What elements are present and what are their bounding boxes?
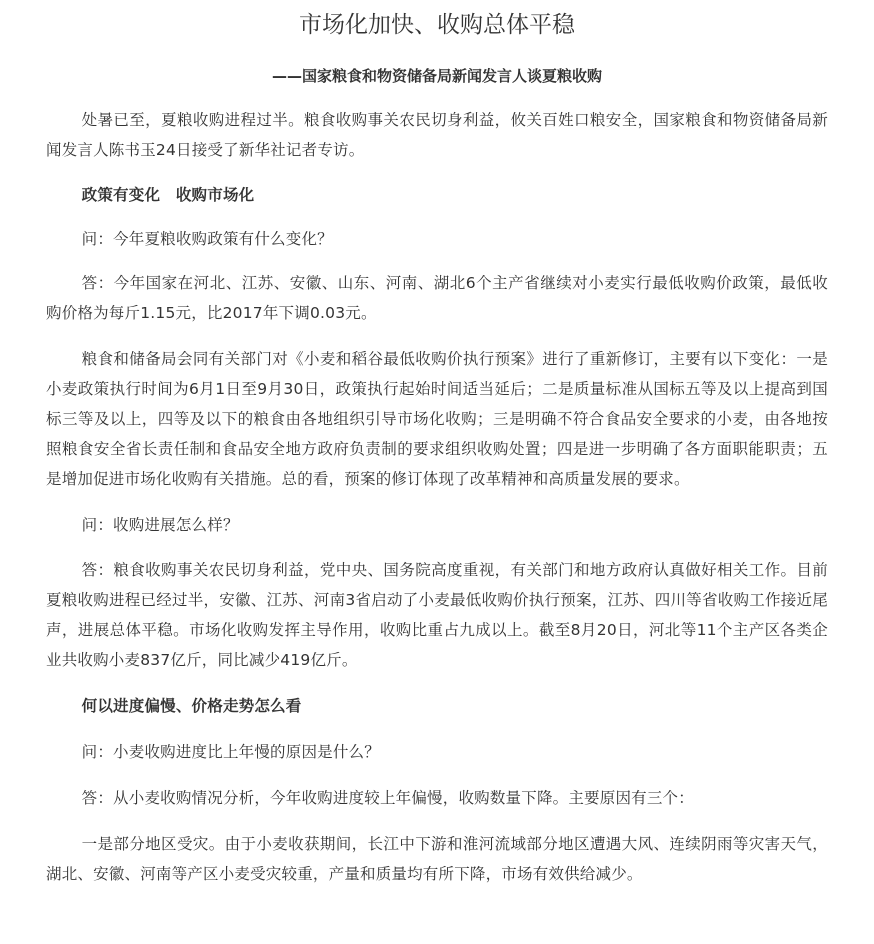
section-heading: 何以进度偏慢、价格走势怎么看 bbox=[46, 691, 828, 721]
paragraph: 一是部分地区受灾。由于小麦收获期间，长江中下游和淮河流域部分地区遭遇大风、连续阴… bbox=[46, 829, 828, 889]
article-title: 市场化加快、收购总体平稳 bbox=[46, 0, 828, 42]
question: 问：收购进展怎么样？ bbox=[46, 510, 828, 540]
paragraph: 粮食和储备局会同有关部门对《小麦和稻谷最低收购价执行预案》进行了重新修订，主要有… bbox=[46, 344, 828, 494]
paragraph-intro: 处暑已至，夏粮收购进程过半。粮食收购事关农民切身利益，攸关百姓口粮安全，国家粮食… bbox=[46, 105, 828, 165]
answer: 答：粮食收购事关农民切身利益，党中央、国务院高度重视，有关部门和地方政府认真做好… bbox=[46, 555, 828, 675]
article-subtitle: ——国家粮食和物资储备局新闻发言人谈夏粮收购 bbox=[46, 64, 828, 88]
section-heading: 政策有变化 收购市场化 bbox=[46, 180, 828, 210]
question: 问：小麦收购进度比上年慢的原因是什么？ bbox=[46, 737, 828, 767]
article: 市场化加快、收购总体平稳 ——国家粮食和物资储备局新闻发言人谈夏粮收购 处暑已至… bbox=[0, 0, 874, 889]
question: 问：今年夏粮收购政策有什么变化？ bbox=[46, 224, 828, 254]
answer: 答：从小麦收购情况分析，今年收购进度较上年偏慢，收购数量下降。主要原因有三个： bbox=[46, 783, 828, 813]
answer: 答：今年国家在河北、江苏、安徽、山东、河南、湖北6个主产省继续对小麦实行最低收购… bbox=[46, 268, 828, 328]
